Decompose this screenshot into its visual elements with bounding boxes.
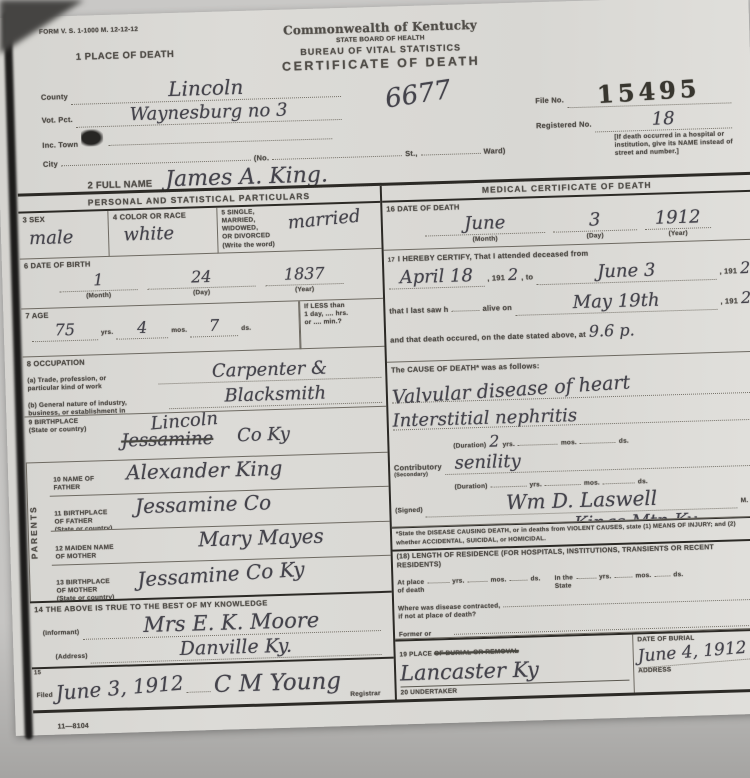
duration-ds-line bbox=[580, 434, 616, 444]
dob-day-line: 24 bbox=[147, 268, 256, 290]
duration-yrs-caption: yrs. bbox=[502, 441, 515, 449]
file-no-row: File No. 15495 bbox=[535, 74, 732, 109]
day-caption: (Day) bbox=[193, 289, 210, 297]
dod-year-caption: (Year) bbox=[668, 230, 687, 238]
parents-block: PARENTS 10 NAME OF FATHER Alexander King… bbox=[26, 453, 392, 604]
burial-place-label-prefix: 19 PLACE bbox=[399, 650, 432, 658]
physician-signature: Wm D. Laswell bbox=[506, 488, 658, 512]
file-no-line: 15495 bbox=[566, 74, 731, 108]
last-saw-year-prefix: , 191 bbox=[720, 296, 738, 306]
age-yrs-line: 75 bbox=[32, 321, 99, 342]
attended-to-line: June 3 bbox=[536, 260, 717, 285]
in-state-mos-line bbox=[614, 568, 632, 578]
from-year-prefix: , 191 bbox=[487, 273, 505, 283]
certify-text: I HEREBY CERTIFY, That I attended deceas… bbox=[398, 249, 589, 264]
residence-block: (18) LENGTH OF RESIDENCE (FOR HOSPITALS,… bbox=[392, 541, 750, 640]
certificate-header: FORM V. S. 1-1000 M. 12-12-12 Commonweal… bbox=[0, 0, 750, 194]
dod-month-slot: June (Month) bbox=[425, 213, 546, 245]
occupation-a-value: Carpenter & bbox=[212, 360, 328, 381]
at-place-label: At place of death bbox=[397, 578, 424, 595]
duration2-ds-line bbox=[603, 474, 635, 484]
registered-no-value: 18 bbox=[652, 110, 675, 129]
race-cell: 4 COLOR OR RACE white bbox=[109, 208, 219, 257]
age-yrs-value: 75 bbox=[54, 320, 75, 340]
certify-number: 17 bbox=[388, 257, 395, 263]
dod-month-caption: (Month) bbox=[473, 235, 498, 243]
to-year-digit: 2 bbox=[740, 260, 750, 276]
dod-year-line: 1912 bbox=[644, 208, 711, 230]
cause-2-value: Interstitial nephritis bbox=[392, 407, 577, 430]
registered-no-line: 18 bbox=[594, 108, 732, 132]
age-ds-line: 7 bbox=[190, 317, 239, 337]
duration2-label: (Duration) bbox=[454, 482, 487, 491]
duration2-mos-caption: mos. bbox=[584, 479, 600, 488]
at-place-mos-line bbox=[467, 572, 487, 582]
informant-value: Mrs E. K. Moore bbox=[143, 610, 320, 636]
at-place-yrs-line bbox=[427, 574, 449, 584]
in-state-mos-caption: mos. bbox=[635, 572, 651, 581]
ward-line bbox=[420, 144, 480, 156]
year-caption: (Year) bbox=[295, 286, 314, 294]
occupation-row: 8 OCCUPATION (a) Trade, profession, or p… bbox=[23, 347, 386, 418]
filed-label: Filed bbox=[37, 692, 53, 701]
certificate-paper: FORM V. S. 1-1000 M. 12-12-12 Commonweal… bbox=[0, 0, 750, 736]
ink-blot bbox=[81, 129, 103, 147]
dod-day-caption: (Day) bbox=[586, 232, 603, 240]
mother-birthplace-label: 13 BIRTHPLACE OF MOTHER (State or countr… bbox=[56, 577, 135, 600]
birthplace-struck-value: Jessamine bbox=[121, 430, 214, 451]
at-place-ds-line bbox=[509, 571, 527, 581]
secondary-label: (Secondary) bbox=[394, 471, 442, 478]
sex-value: male bbox=[29, 228, 105, 248]
burial-block: 19 PLACE OF BURIAL OR REMOVAL Lancaster … bbox=[395, 628, 750, 699]
duration-mos-line bbox=[518, 435, 558, 445]
from-year-digit: 2 bbox=[508, 267, 519, 283]
mos-caption: mos. bbox=[171, 327, 187, 336]
age-ds-value: 7 bbox=[209, 316, 220, 335]
street-label: St., bbox=[405, 149, 418, 158]
sex-cell: 3 SEX male bbox=[18, 211, 110, 260]
street-no-line bbox=[272, 146, 402, 160]
age-mos-line: 4 bbox=[116, 319, 169, 340]
form-code: 11—8104 bbox=[58, 723, 90, 731]
race-value: white bbox=[123, 224, 213, 245]
informant-address-value: Danville Ky. bbox=[179, 637, 292, 659]
last-saw-year-digit: 2 bbox=[741, 290, 750, 306]
masthead: Commonwealth of Kentucky STATE BOARD OF … bbox=[247, 17, 514, 75]
registrar-label: Registrar bbox=[350, 690, 381, 699]
attended-from-line: April 18 bbox=[388, 267, 485, 290]
mother-maiden-label: 12 MAIDEN NAME OF MOTHER bbox=[55, 543, 133, 562]
signed-label: (Signed) bbox=[395, 507, 423, 516]
file-no-label: File No. bbox=[535, 95, 564, 105]
in-state-yrs-line bbox=[576, 569, 596, 579]
to-word: , to bbox=[521, 272, 533, 281]
city-line bbox=[61, 151, 251, 167]
age-less-cell: If LESS than 1 day, .... hrs. or .... mi… bbox=[299, 299, 384, 349]
last-saw-text: that I last saw h bbox=[389, 305, 448, 316]
informant-label: (Informant) bbox=[43, 629, 80, 638]
duration2-ds-caption: ds. bbox=[638, 478, 648, 486]
where-contracted-label: Where was disease contracted, if not at … bbox=[398, 602, 501, 621]
city-label: City bbox=[43, 159, 58, 168]
ward-label: Ward) bbox=[483, 146, 505, 156]
burial-place-label-struck: OF BURIAL OR REMOVAL bbox=[434, 648, 519, 658]
certify-block: 17 I HEREBY CERTIFY, That I attended dec… bbox=[383, 240, 750, 363]
last-saw-line: May 19th bbox=[515, 290, 718, 316]
place-of-death-label: 1 PLACE OF DEATH bbox=[76, 49, 175, 63]
dob-day-slot: 24 (Day) bbox=[147, 268, 256, 298]
last-saw-gap-line bbox=[451, 301, 479, 312]
precinct-line: Waynesburg no 3 bbox=[76, 100, 342, 128]
death-time-value: 9.6 p. bbox=[589, 322, 635, 339]
where-contracted-line bbox=[503, 590, 750, 608]
informant-address-label: (Address) bbox=[55, 653, 87, 662]
race-label: 4 COLOR OR RACE bbox=[113, 210, 213, 222]
duration-ds-caption: ds. bbox=[619, 437, 629, 445]
duration2-yrs-line bbox=[490, 477, 526, 487]
marital-label: 5 SINGLE, MARRIED, WIDOWED, OR DIVORCED … bbox=[221, 208, 284, 250]
dob-month-value: 1 bbox=[93, 270, 104, 289]
father-birthplace-value: Jessamine Co bbox=[135, 489, 385, 516]
sex-label: 3 SEX bbox=[22, 213, 104, 224]
age-mos-value: 4 bbox=[137, 318, 148, 337]
duration-label: (Duration) bbox=[453, 441, 486, 450]
father-birthplace-label: 11 BIRTHPLACE OF FATHER (State or countr… bbox=[54, 508, 133, 531]
alive-text: alive on bbox=[482, 303, 512, 313]
mother-maiden-value: Mary Mayes bbox=[136, 524, 386, 551]
at-place-yrs-caption: yrs. bbox=[452, 577, 465, 585]
inc-town-row: Inc. Town bbox=[42, 124, 332, 150]
dob-month-slot: 1 (Month) bbox=[59, 271, 138, 300]
death-occurred-text: and that death occured, on the date stat… bbox=[390, 330, 586, 345]
county-label: County bbox=[41, 92, 68, 102]
duration2-yrs-caption: yrs. bbox=[529, 481, 542, 489]
birthplace-suffix: Co Ky bbox=[237, 426, 290, 446]
contributory-value: senility bbox=[454, 452, 521, 472]
yrs-caption: yrs. bbox=[101, 329, 114, 337]
precinct-label: Vot. Pct. bbox=[41, 115, 73, 125]
dob-year-slot: 1837 (Year) bbox=[265, 265, 344, 294]
registered-no-label: Registered No. bbox=[536, 120, 592, 131]
dod-month-value: June bbox=[464, 212, 506, 234]
county-value: Lincoln bbox=[168, 77, 244, 99]
birthplace-label: 9 BIRTHPLACE (State or country) bbox=[28, 417, 112, 436]
dob-year-value: 1837 bbox=[284, 264, 325, 284]
duration2-mos-line bbox=[545, 476, 581, 486]
attended-from-value: April 18 bbox=[399, 265, 473, 288]
cause-block: The CAUSE OF DEATH* was as follows: Valv… bbox=[387, 351, 750, 527]
filed-number: 15 bbox=[34, 670, 41, 676]
filed-date-value: June 3, 1912 bbox=[55, 673, 185, 703]
attended-to-value: June 3 bbox=[597, 260, 656, 283]
ds-caption: ds. bbox=[241, 325, 251, 333]
at-place-mos-caption: mos. bbox=[490, 576, 506, 585]
inc-town-line bbox=[108, 129, 332, 146]
dod-day-value: 3 bbox=[589, 209, 601, 230]
at-place-ds-caption: ds. bbox=[530, 575, 540, 583]
dob-month-line: 1 bbox=[59, 271, 138, 292]
contributory-label-wrap: Contributory (Secondary) bbox=[394, 462, 442, 478]
occupation-b-value: Blacksmith bbox=[224, 385, 326, 406]
filed-gap-line bbox=[187, 682, 211, 693]
father-name-label: 10 NAME OF FATHER bbox=[53, 475, 123, 493]
last-saw-date-value: May 19th bbox=[572, 289, 659, 313]
personal-column: PERSONAL AND STATISTICAL PARTICULARS 3 S… bbox=[18, 186, 397, 711]
dob-year-line: 1837 bbox=[265, 265, 344, 286]
burial-date-cell: DATE OF BURIAL June 4, 1912 ADDRESS bbox=[633, 630, 750, 692]
duration-yrs-value: 2 bbox=[489, 433, 500, 449]
dod-year-value: 1912 bbox=[654, 206, 700, 228]
marital-cell: 5 SINGLE, MARRIED, WIDOWED, OR DIVORCED … bbox=[217, 203, 381, 254]
medical-column: MEDICAL CERTIFICATE OF DEATH 16 DATE OF … bbox=[382, 175, 750, 700]
certificate-body: PERSONAL AND STATISTICAL PARTICULARS 3 S… bbox=[18, 172, 750, 714]
age-cell: 7 AGE 75 yrs. 4 mos. 7 ds. bbox=[21, 301, 300, 357]
to-year-prefix: , 191 bbox=[719, 266, 737, 276]
inc-town-label: Inc. Town bbox=[42, 140, 78, 150]
age-less-note: If LESS than 1 day, .... hrs. or .... mi… bbox=[304, 301, 380, 328]
burial-place-cell: 19 PLACE OF BURIAL OR REMOVAL Lancaster … bbox=[395, 634, 635, 699]
in-state-yrs-caption: yrs. bbox=[599, 573, 612, 581]
duration-mos-caption: mos. bbox=[561, 439, 577, 448]
dod-year-slot: 1912 (Year) bbox=[644, 208, 711, 238]
precinct-value: Waynesburg no 3 bbox=[129, 102, 287, 125]
informant-address-line: Danville Ky. bbox=[90, 634, 381, 664]
in-state-ds-line bbox=[654, 567, 670, 576]
in-state-label: In the State bbox=[554, 574, 573, 591]
dod-month-line: June bbox=[425, 213, 546, 237]
file-no-stamp: 15495 bbox=[596, 74, 701, 110]
dod-day-line: 3 bbox=[553, 210, 638, 232]
street-no-label: (No. bbox=[254, 153, 270, 162]
informant-block: 14 THE ABOVE IS TRUE TO THE BEST OF MY K… bbox=[30, 593, 394, 670]
month-caption: (Month) bbox=[86, 292, 111, 300]
scan-corner-shadow bbox=[0, 0, 84, 54]
stamp-number-handwritten: 6677 bbox=[383, 77, 452, 113]
marital-value: married bbox=[287, 206, 377, 233]
father-name-value: Alexander King bbox=[126, 455, 384, 483]
dob-day-value: 24 bbox=[191, 267, 212, 287]
md-label: M. D. bbox=[741, 497, 750, 506]
in-state-ds-caption: ds. bbox=[673, 571, 683, 579]
dod-day-slot: 3 (Day) bbox=[553, 210, 638, 240]
